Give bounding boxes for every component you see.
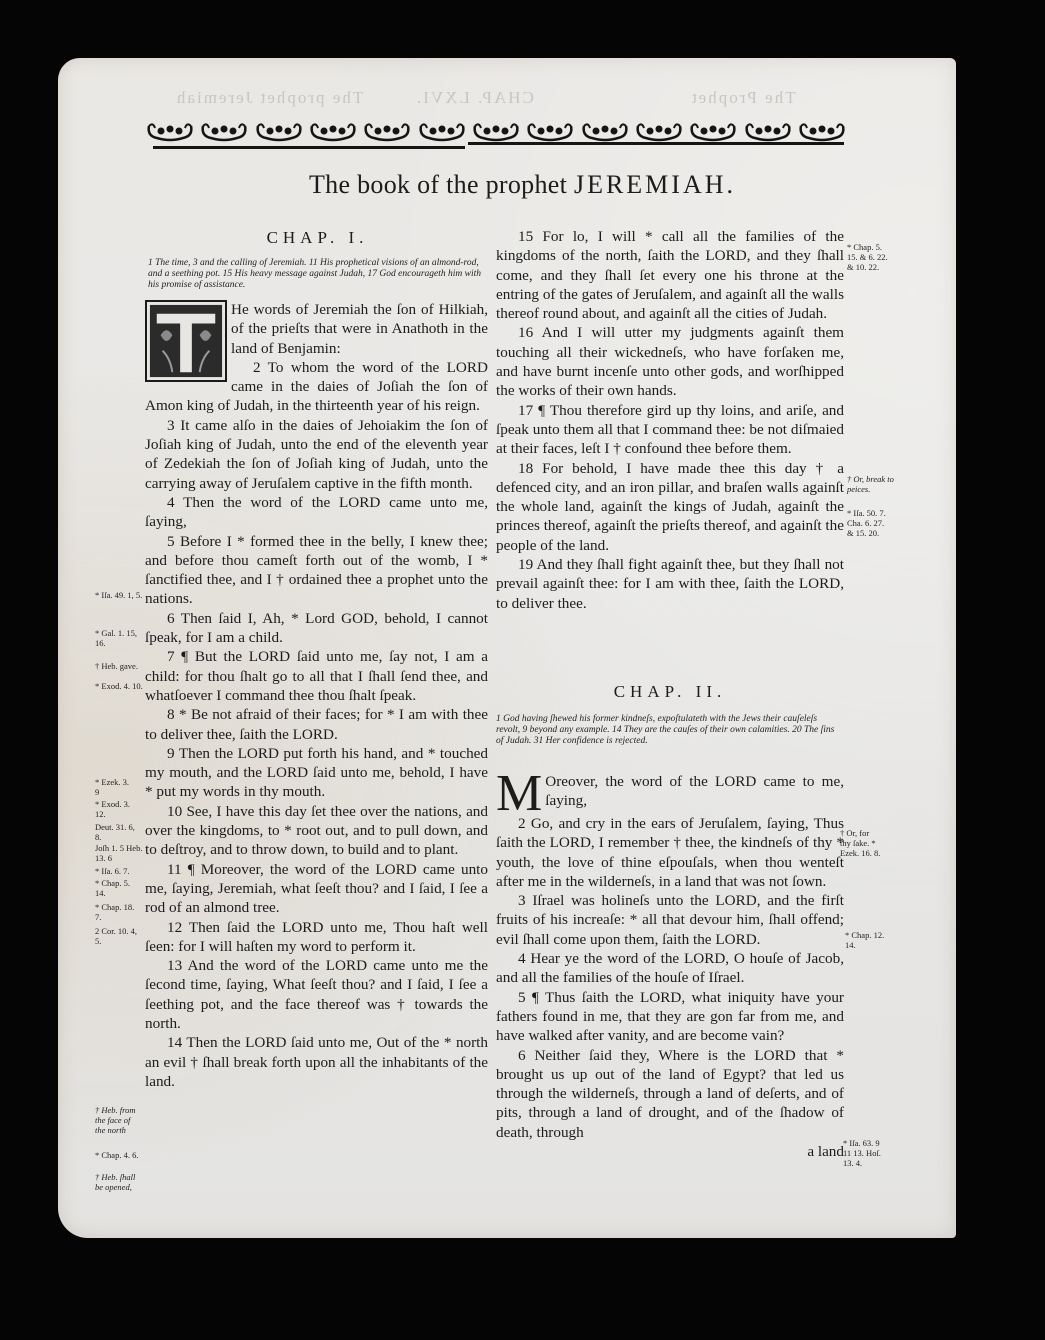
margin-note: * Chap. 4. 6. bbox=[95, 1150, 139, 1160]
fleuron-ornament-icon bbox=[634, 120, 684, 142]
margin-note: † Or, break to peices. bbox=[847, 474, 897, 494]
verse: 11 ¶ Moreover, the word of the LORD came… bbox=[145, 860, 488, 918]
margin-note: † Or, for thy ſake. * Ezek. 16. 8. bbox=[840, 828, 882, 858]
margin-note: 2 Cor. 10. 4, 5. bbox=[95, 926, 143, 946]
decorated-initial-t bbox=[145, 300, 227, 382]
verse: 13 And the word of the LORD came unto me… bbox=[145, 956, 488, 1033]
verse: Oreover, the word of the LORD came to me… bbox=[496, 772, 844, 811]
verse: 3 Iſrael was holineſs unto the LORD, and… bbox=[496, 891, 844, 949]
right-text-column: 15 For lo, I will * call all the familie… bbox=[496, 227, 844, 613]
left-text-column: He words of Jeremiah the ſon of Hilkiah,… bbox=[145, 300, 488, 1091]
page-title: The book of the prophet JEREMIAH. bbox=[0, 170, 1045, 200]
margin-note: * Iſa. 6. 7. bbox=[95, 866, 143, 876]
verse: 4 Then the word of the LORD came unto me… bbox=[145, 493, 488, 532]
verse: 15 For lo, I will * call all the familie… bbox=[496, 227, 844, 323]
margin-note: Joſh 1. 5 Heb. 13. 6 bbox=[95, 843, 143, 863]
verse: 16 And I will utter my judgments againſt… bbox=[496, 323, 844, 400]
margin-note: * Chap. 5. 15. & 6. 22. & 10. 22. bbox=[847, 242, 889, 272]
margin-note: † Heb. gave. bbox=[95, 661, 143, 671]
verse: 10 See, I have this day ſet thee over th… bbox=[145, 802, 488, 860]
fleuron-ornament-icon bbox=[688, 120, 738, 142]
verse: 5 ¶ Thus ſaith the LORD, what iniquity h… bbox=[496, 988, 844, 1046]
verse: 17 ¶ Thou therefore gird up thy loins, a… bbox=[496, 401, 844, 459]
ornament-rule bbox=[153, 146, 465, 149]
margin-note: * Exod. 4. 10. bbox=[95, 681, 145, 691]
title-book-name: JEREMIAH. bbox=[574, 170, 736, 199]
margin-note: * Iſa. 49. 1, 5. bbox=[95, 590, 143, 600]
bleed-through-heading: CHAP. LXVI. bbox=[415, 88, 534, 108]
margin-note: Deut. 31. 6, 8. bbox=[95, 822, 137, 842]
verse: 7 ¶ But the LORD ſaid unto me, ſay not, … bbox=[145, 647, 488, 705]
fleuron-ornament-icon bbox=[362, 120, 412, 142]
chapter-summary: 1 The time, 3 and the calling of Jeremia… bbox=[148, 258, 488, 291]
verse: 6 Then ſaid I, Ah, * Lord GOD, behold, I… bbox=[145, 609, 488, 648]
verse: 19 And they ſhall fight againſt thee, bu… bbox=[496, 555, 844, 613]
margin-note: † Heb. from the face of the north bbox=[95, 1105, 141, 1135]
chapter-summary: 1 God having ſhewed his former kindneſs,… bbox=[496, 714, 841, 747]
margin-note: * Chap. 12. 14. bbox=[845, 930, 885, 950]
fleuron-ornament-icon bbox=[525, 120, 575, 142]
margin-note: * Iſa. 50. 7. Cha. 6. 27. & 15. 20. bbox=[847, 508, 891, 538]
chapter-heading: CHAP. II. bbox=[496, 682, 844, 702]
fleuron-ornament-icon bbox=[580, 120, 630, 142]
catchword: a land bbox=[496, 1142, 844, 1161]
verse: 4 Hear ye the word of the LORD, O houſe … bbox=[496, 949, 844, 988]
verse: 18 For behold, I have made thee this day… bbox=[496, 459, 844, 555]
fleuron-ornament-icon bbox=[797, 120, 847, 142]
margin-note: * Gal. 1. 15, 16. bbox=[95, 628, 143, 648]
verse: 14 Then the LORD ſaid unto me, Out of th… bbox=[145, 1033, 488, 1091]
verse: 5 Before I * formed thee in the belly, I… bbox=[145, 532, 488, 609]
bleed-through-text: The Prophet bbox=[690, 88, 796, 108]
fleuron-ornament-icon bbox=[743, 120, 793, 142]
fleuron-ornament-icon bbox=[308, 120, 358, 142]
fleuron-ornament-icon bbox=[417, 120, 467, 142]
drop-cap-m: M bbox=[496, 774, 542, 814]
verse: 12 Then ſaid the LORD unto me, Thou haſt… bbox=[145, 918, 488, 957]
margin-note: † Heb. ſhall be opened, bbox=[95, 1172, 139, 1192]
right-text-column-chapter-2: M Oreover, the word of the LORD came to … bbox=[496, 772, 844, 1161]
margin-note: * Ezek. 3. 9 bbox=[95, 777, 135, 797]
fleuron-ornament-icon bbox=[199, 120, 249, 142]
floral-woodcut-icon bbox=[147, 302, 225, 380]
margin-note: * Exod. 3. 12. bbox=[95, 799, 135, 819]
margin-note: * Chap. 18. 7. bbox=[95, 902, 137, 922]
chapter-heading: CHAP. I. bbox=[145, 228, 490, 248]
fleuron-ornament-icon bbox=[254, 120, 304, 142]
verse: 3 It came alſo in the daies of Jehoiakim… bbox=[145, 416, 488, 493]
ornamental-border bbox=[145, 118, 847, 144]
margin-note: * Chap. 5. 14. bbox=[95, 878, 137, 898]
ornament-rule bbox=[468, 142, 844, 145]
fleuron-ornament-icon bbox=[145, 120, 195, 142]
verse: 9 Then the LORD put forth his hand, and … bbox=[145, 744, 488, 802]
verse: 2 Go, and cry in the ears of Jeruſalem, … bbox=[496, 814, 844, 891]
verse: 6 Neither ſaid they, Where is the LORD t… bbox=[496, 1046, 844, 1142]
fleuron-ornament-icon bbox=[471, 120, 521, 142]
bleed-through-text: The prophet Jeremiah bbox=[175, 88, 363, 108]
margin-note: * Iſa. 63. 9 11 13. Hoſ. 13. 4. bbox=[843, 1138, 887, 1168]
verse: 8 * Be not afraid of their faces; for * … bbox=[145, 705, 488, 744]
title-prefix: The book of the prophet bbox=[309, 170, 567, 199]
